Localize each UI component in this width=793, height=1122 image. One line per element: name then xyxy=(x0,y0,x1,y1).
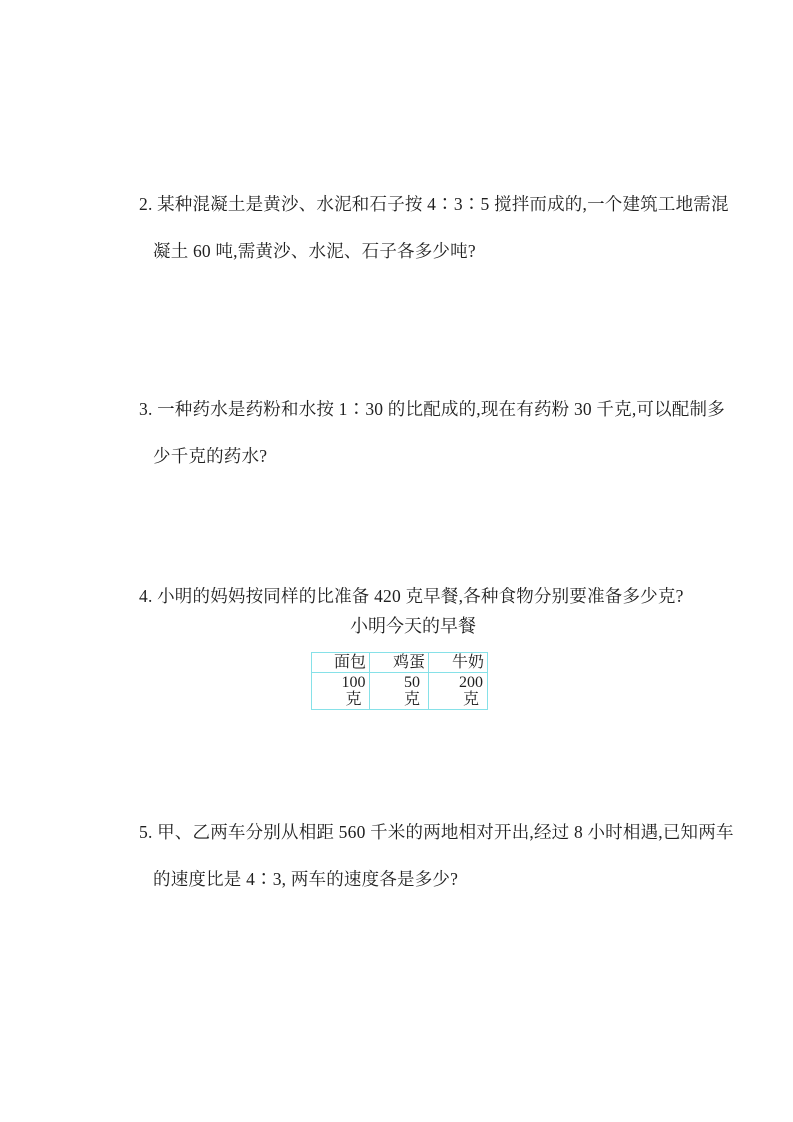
breakfast-table-value-row: 100 克 50 克 200 克 xyxy=(312,673,488,710)
cell-milk-amount: 200 克 xyxy=(429,673,488,710)
breakfast-table-title: 小明今天的早餐 xyxy=(350,615,476,637)
problem-5: 5. 甲、乙两车分别从相距 560 千米的两地相对开出,经过 8 小时相遇,已知… xyxy=(139,809,719,903)
cell-egg-amount: 50 克 xyxy=(370,673,429,710)
breakfast-table: 面包 鸡蛋 牛奶 100 克 50 克 200 克 xyxy=(311,652,488,710)
problem-2-line-2: 凝土 60 吨,需黄沙、水泥、石子各多少吨? xyxy=(139,228,719,275)
column-header-bread: 面包 xyxy=(312,653,370,673)
problem-3: 3. 一种药水是药粉和水按 1∶30 的比配成的,现在有药粉 30 千克,可以配… xyxy=(139,386,719,480)
problem-4-line-1: 4. 小明的妈妈按同样的比准备 420 克早餐,各种食物分别要准备多少克? xyxy=(139,573,719,620)
cell-bread-amount: 100 克 xyxy=(312,673,370,710)
problem-5-line-1: 5. 甲、乙两车分别从相距 560 千米的两地相对开出,经过 8 小时相遇,已知… xyxy=(139,809,719,856)
bread-amount: 100 xyxy=(338,674,369,691)
problem-4: 4. 小明的妈妈按同样的比准备 420 克早餐,各种食物分别要准备多少克? xyxy=(139,573,719,620)
problem-2: 2. 某种混凝土是黄沙、水泥和石子按 4∶3∶5 搅拌而成的,一个建筑工地需混 … xyxy=(139,181,719,275)
breakfast-table-header-row: 面包 鸡蛋 牛奶 xyxy=(312,653,488,673)
worksheet-page: 2. 某种混凝土是黄沙、水泥和石子按 4∶3∶5 搅拌而成的,一个建筑工地需混 … xyxy=(0,0,793,1122)
problem-2-line-1: 2. 某种混凝土是黄沙、水泥和石子按 4∶3∶5 搅拌而成的,一个建筑工地需混 xyxy=(139,181,719,228)
problem-3-line-2: 少千克的药水? xyxy=(139,433,719,480)
milk-amount: 200 xyxy=(455,674,487,691)
problem-3-line-1: 3. 一种药水是药粉和水按 1∶30 的比配成的,现在有药粉 30 千克,可以配… xyxy=(139,386,719,433)
egg-amount: 50 xyxy=(396,674,428,691)
bread-unit: 克 xyxy=(338,691,369,708)
column-header-egg: 鸡蛋 xyxy=(370,653,429,673)
milk-unit: 克 xyxy=(455,691,487,708)
column-header-milk: 牛奶 xyxy=(429,653,488,673)
egg-unit: 克 xyxy=(396,691,428,708)
problem-5-line-2: 的速度比是 4∶3, 两车的速度各是多少? xyxy=(139,856,719,903)
